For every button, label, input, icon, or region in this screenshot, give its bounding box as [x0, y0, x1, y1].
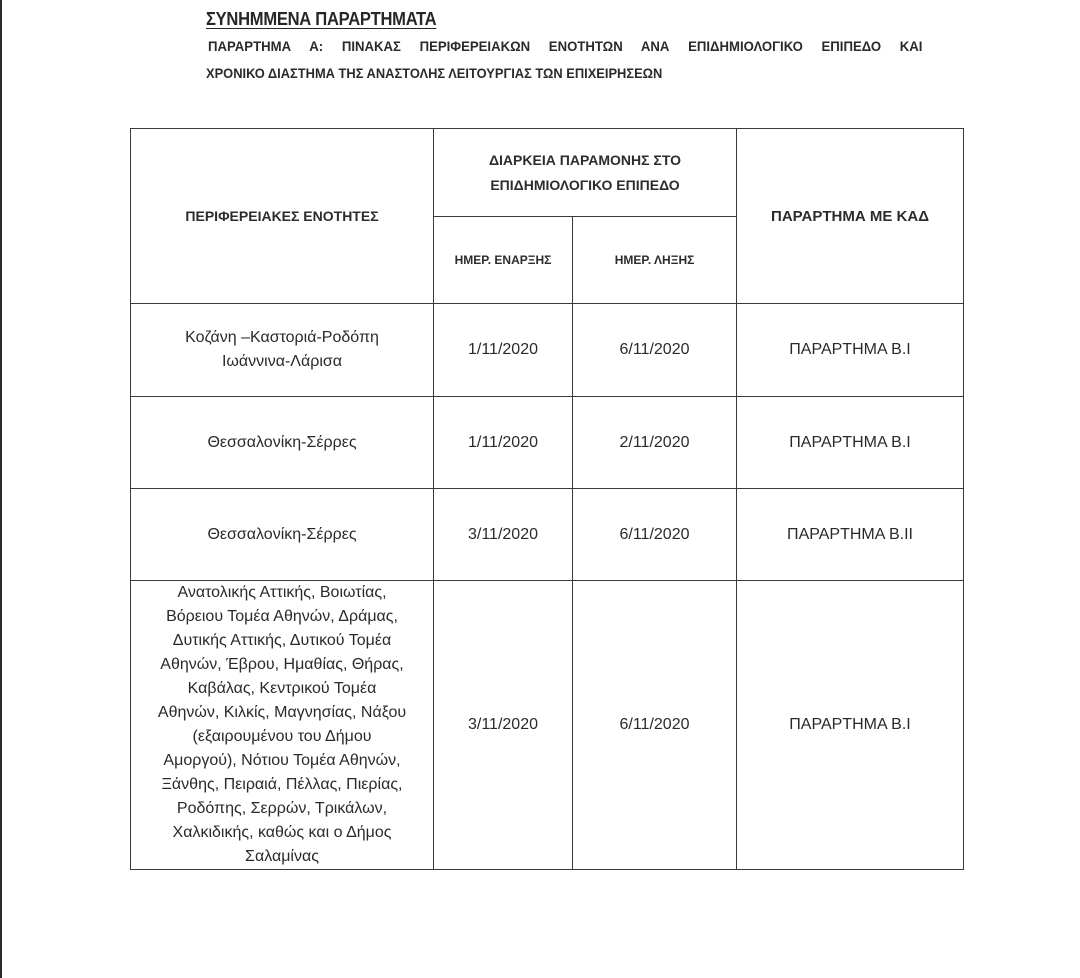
header-annex: ΠΑΡΑΡΤΗΜΑ ΜΕ ΚΑΔ — [737, 129, 964, 304]
regions-table: ΠΕΡΙΦΕΡΕΙΑΚΕΣ ΕΝΟΤΗΤΕΣ ΔΙΑΡΚΕΙΑ ΠΑΡΑΜΟΝΗ… — [130, 128, 964, 870]
start-date-cell: 1/11/2020 — [434, 304, 573, 397]
end-date-cell: 2/11/2020 — [573, 397, 737, 489]
region-line: Αθηνών, Έβρου, Ημαθίας, Θήρας, — [139, 653, 425, 677]
table-row: Θεσσαλονίκη-Σέρρες 3/11/2020 6/11/2020 Π… — [131, 489, 964, 581]
region-cell: Θεσσαλονίκη-Σέρρες — [131, 489, 434, 581]
page-left-border — [0, 0, 2, 978]
annex-cell: ΠΑΡΑΡΤΗΜΑ Β.ΙΙ — [737, 489, 964, 581]
region-line: Αμοργού), Νότιου Τομέα Αθηνών, — [139, 749, 425, 773]
end-date-cell: 6/11/2020 — [573, 581, 737, 870]
region-line: Σαλαμίνας — [139, 845, 425, 869]
table-row: Κοζάνη –Καστοριά-Ροδόπη Ιωάννινα-Λάρισα … — [131, 304, 964, 397]
table-header-row-1: ΠΕΡΙΦΕΡΕΙΑΚΕΣ ΕΝΟΤΗΤΕΣ ΔΙΑΡΚΕΙΑ ΠΑΡΑΜΟΝΗ… — [131, 129, 964, 217]
header-duration-line-1: ΔΙΑΡΚΕΙΑ ΠΑΡΑΜΟΝΗΣ ΣΤΟ — [438, 148, 732, 173]
document-subtitle-line-2: ΧΡΟΝΙΚΟ ΔΙΑΣΤΗΜΑ ΤΗΣ ΑΝΑΣΤΟΛΗΣ ΛΕΙΤΟΥΡΓΙ… — [206, 65, 662, 81]
header-duration-line-2: ΕΠΙΔΗΜΙΟΛΟΓΙΚΟ ΕΠΙΠΕΔΟ — [438, 173, 732, 198]
region-cell: Θεσσαλονίκη-Σέρρες — [131, 397, 434, 489]
region-line: Ροδόπης, Σερρών, Τρικάλων, — [139, 797, 425, 821]
start-date-cell: 3/11/2020 — [434, 489, 573, 581]
region-line: Χαλκιδικής, καθώς και ο Δήμος — [139, 821, 425, 845]
header-duration: ΔΙΑΡΚΕΙΑ ΠΑΡΑΜΟΝΗΣ ΣΤΟ ΕΠΙΔΗΜΙΟΛΟΓΙΚΟ ΕΠ… — [434, 129, 737, 217]
region-line: (εξαιρουμένου του Δήμου — [139, 725, 425, 749]
region-line: Καβάλας, Κεντρικού Τομέα — [139, 677, 425, 701]
region-line: Ανατολικής Αττικής, Βοιωτίας, — [139, 581, 425, 605]
table-row: Θεσσαλονίκη-Σέρρες 1/11/2020 2/11/2020 Π… — [131, 397, 964, 489]
region-line: Θεσσαλονίκη-Σέρρες — [135, 431, 429, 455]
start-date-cell: 1/11/2020 — [434, 397, 573, 489]
header-regions: ΠΕΡΙΦΕΡΕΙΑΚΕΣ ΕΝΟΤΗΤΕΣ — [131, 129, 434, 304]
annex-cell: ΠΑΡΑΡΤΗΜΑ Β.Ι — [737, 304, 964, 397]
region-line: Κοζάνη –Καστοριά-Ροδόπη — [135, 326, 429, 350]
document-title: ΣΥΝΗΜΜΕΝΑ ΠΑΡΑΡΤΗΜΑΤΑ — [206, 9, 436, 30]
end-date-cell: 6/11/2020 — [573, 489, 737, 581]
region-line: Αθηνών, Κιλκίς, Μαγνησίας, Νάξου — [139, 701, 425, 725]
header-end-date: ΗΜΕΡ. ΛΗΞΗΣ — [573, 217, 737, 304]
document-subtitle-line-1: ΠΑΡΑΡΤΗΜΑ Α: ΠΙΝΑΚΑΣ ΠΕΡΙΦΕΡΕΙΑΚΩΝ ΕΝΟΤΗ… — [208, 38, 922, 54]
header-start-date: ΗΜΕΡ. ΕΝΑΡΞΗΣ — [434, 217, 573, 304]
table-row: Ανατολικής Αττικής, Βοιωτίας, Βόρειου Το… — [131, 581, 964, 870]
region-line: Βόρειου Τομέα Αθηνών, Δράμας, — [139, 605, 425, 629]
region-cell: Κοζάνη –Καστοριά-Ροδόπη Ιωάννινα-Λάρισα — [131, 304, 434, 397]
annex-cell: ΠΑΡΑΡΤΗΜΑ Β.Ι — [737, 581, 964, 870]
region-line: Ξάνθης, Πειραιά, Πέλλας, Πιερίας, — [139, 773, 425, 797]
region-line: Θεσσαλονίκη-Σέρρες — [135, 523, 429, 547]
start-date-cell: 3/11/2020 — [434, 581, 573, 870]
annex-cell: ΠΑΡΑΡΤΗΜΑ Β.Ι — [737, 397, 964, 489]
end-date-cell: 6/11/2020 — [573, 304, 737, 397]
region-cell: Ανατολικής Αττικής, Βοιωτίας, Βόρειου Το… — [131, 581, 434, 870]
region-line: Ιωάννινα-Λάρισα — [135, 350, 429, 374]
region-line: Δυτικής Αττικής, Δυτικού Τομέα — [139, 629, 425, 653]
